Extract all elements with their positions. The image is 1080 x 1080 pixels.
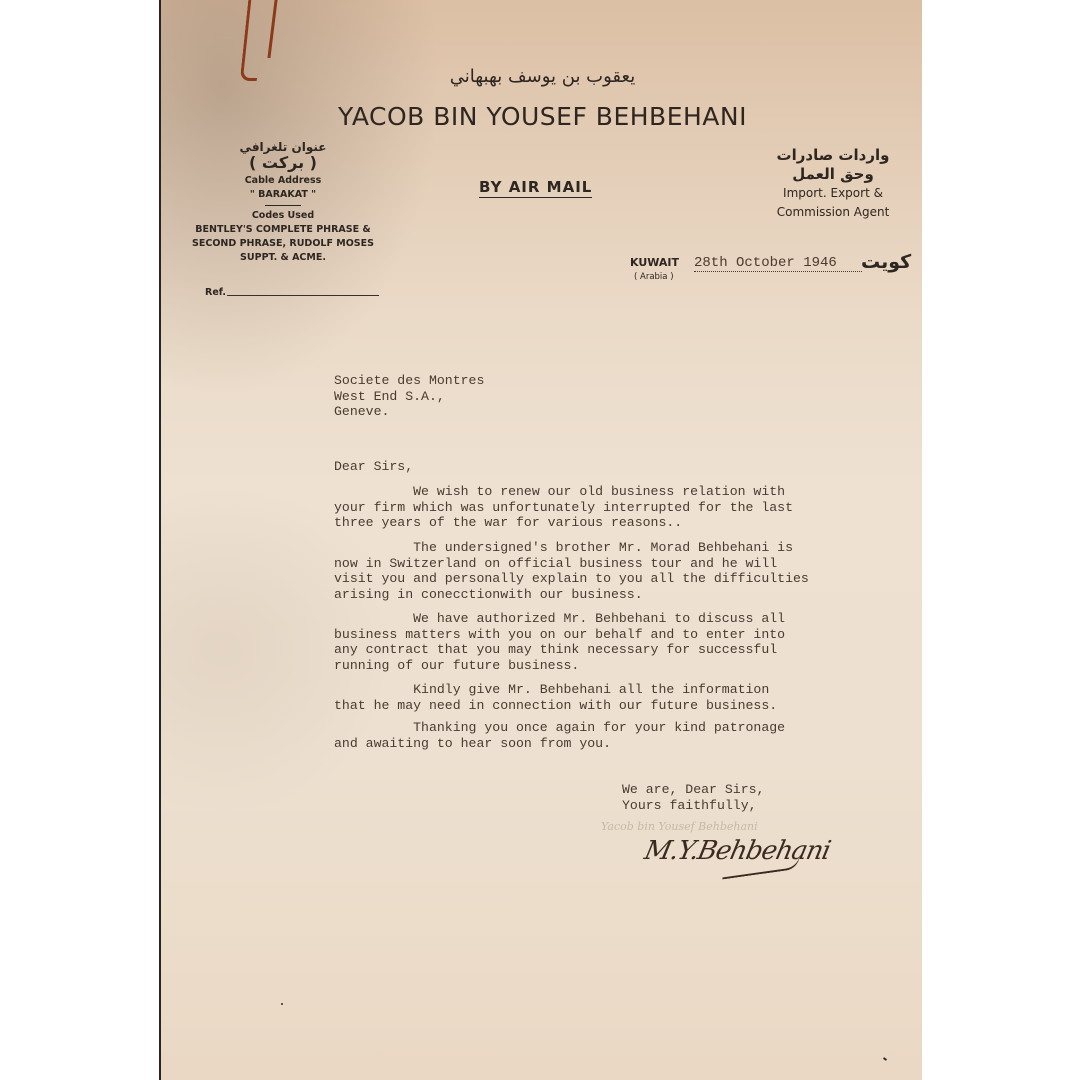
- paperclip-rust-mark: [267, 0, 281, 58]
- letter-date: 28th October 1946: [694, 255, 862, 272]
- arabic-business-line: واردات صادرات: [763, 146, 903, 165]
- address-line: Geneve.: [334, 404, 484, 420]
- business-line: Import. Export &: [763, 184, 903, 203]
- ref-label: Ref.: [205, 287, 226, 298]
- paper-speck: [281, 1003, 283, 1005]
- body-paragraph: Kindly give Mr. Behbehani all the inform…: [334, 682, 777, 713]
- divider: [265, 205, 301, 206]
- closing: We are, Dear Sirs, Yours faithfully,: [622, 782, 764, 813]
- cable-address-label: Cable Address: [183, 174, 383, 188]
- body-paragraph: Thanking you once again for your kind pa…: [334, 720, 785, 751]
- arabic-place: كويت: [861, 251, 911, 273]
- arabic-cable-label: عنوان تلغرافي: [183, 140, 383, 154]
- body-paragraph: We have authorized Mr. Behbehani to disc…: [334, 611, 785, 673]
- arabic-business-line: وحق العمل: [763, 165, 903, 184]
- codes-line: SUPPT. & ACME.: [183, 251, 383, 265]
- cable-codes-block: عنوان تلغرافي ( بركت ) Cable Address " B…: [183, 140, 383, 265]
- arabic-company-name: يعقوب بن يوسف بهبهاني: [161, 66, 924, 87]
- company-stamp: Yacob bin Yousef Behbehani: [601, 820, 758, 833]
- body-paragraph: We wish to renew our old business relati…: [334, 484, 793, 531]
- recipient-address: Societe des MontresWest End S.A.,Geneve.: [334, 373, 484, 420]
- business-type-block: واردات صادرات وحق العمل Import. Export &…: [763, 146, 903, 222]
- business-line: Commission Agent: [763, 203, 903, 222]
- air-mail-heading: BY AIR MAIL: [479, 178, 592, 198]
- company-name: YACOB BIN YOUSEF BEHBEHANI: [161, 102, 924, 131]
- codes-line: BENTLEY'S COMPLETE PHRASE &: [183, 223, 383, 237]
- ref-line: [227, 295, 379, 296]
- paper-speck: [883, 1057, 887, 1061]
- address-line: Societe des Montres: [334, 373, 484, 389]
- salutation: Dear Sirs,: [334, 459, 413, 475]
- cable-address-value: " BARAKAT ": [183, 188, 383, 202]
- codes-line: SECOND PHRASE, RUDOLF MOSES: [183, 237, 383, 251]
- arabic-cable-address: ( بركت ): [183, 156, 383, 170]
- body-paragraph: The undersigned's brother Mr. Morad Behb…: [334, 540, 809, 602]
- letter-page: يعقوب بن يوسف بهبهاني YACOB BIN YOUSEF B…: [159, 0, 922, 1080]
- place-label: KUWAIT: [630, 256, 679, 269]
- place-sublabel: ( Arabia ): [634, 272, 674, 282]
- codes-used-label: Codes Used: [183, 209, 383, 223]
- address-line: West End S.A.,: [334, 389, 484, 405]
